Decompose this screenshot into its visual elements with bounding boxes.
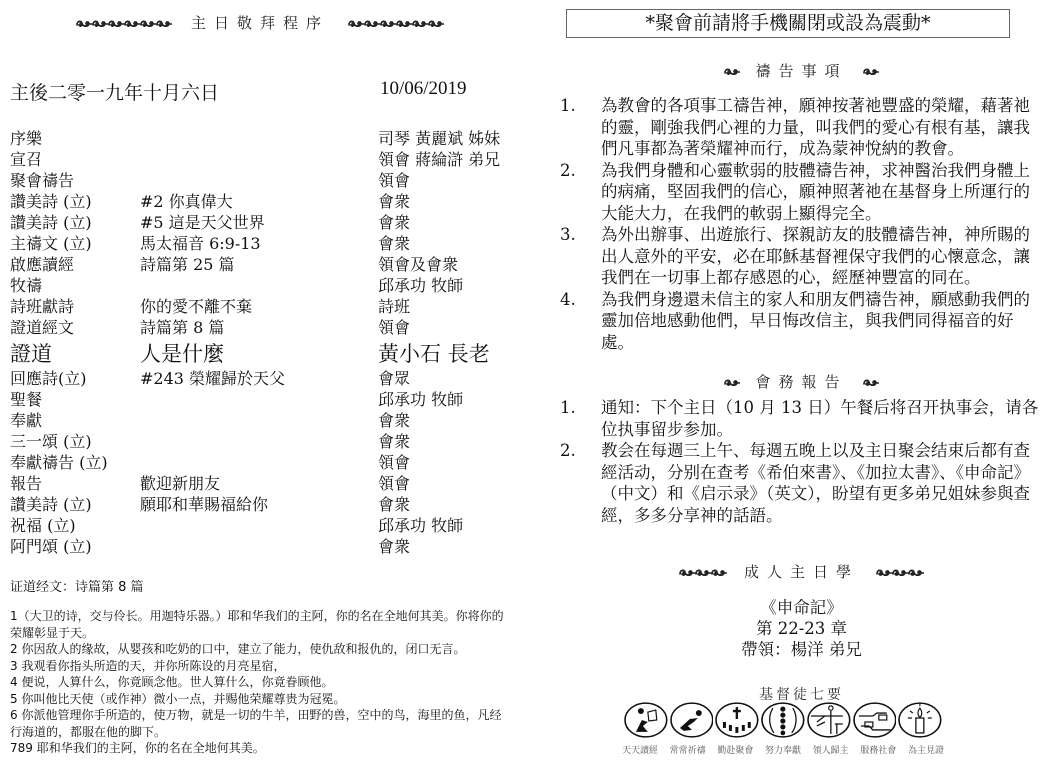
program-content: 詩篇第 25 篇 — [140, 254, 235, 275]
essential-label: 為主見證 — [908, 743, 944, 756]
verse: 3 我观看你指头所造的天，并你所陈设的月亮星宿， — [10, 658, 510, 675]
seven-essentials-title: 基督徒七要 — [560, 684, 1043, 704]
program-row: 回應詩(立)#243 榮耀歸於天父會眾 — [10, 368, 520, 389]
program-item: 啟應讀經 — [10, 254, 74, 275]
program-item: 回應詩(立) — [10, 368, 87, 389]
reading-bible-icon — [624, 702, 668, 738]
program-item: 讚美詩 (立) — [10, 191, 92, 212]
item-text: 通知：下个主日（10 月 13 日）午餐后将召开执事会，请各位执事留步参加。 — [601, 398, 1038, 439]
verse: 4 便说，人算什么，你竟顾念他。世人算什么，你竟眷顾他。 — [10, 674, 510, 691]
program-row: 聚會禱告領會 — [10, 170, 520, 191]
essential-label: 努力奉獻 — [765, 743, 801, 756]
essential-label: 常常祈禱 — [670, 743, 706, 756]
program-item: 序樂 — [10, 128, 42, 149]
serving-society-icon — [853, 702, 897, 738]
sermon-scripture-title: 证道经文：诗篇第 8 篇 — [10, 576, 144, 595]
worship-program-header: 主日敬拜程序 — [0, 12, 520, 33]
program-row: 詩班獻詩你的愛不離不棄詩班 — [10, 296, 520, 317]
program-item: 奉獻禱告 (立) — [10, 452, 108, 473]
ornament-icon — [863, 66, 879, 78]
program-row: 祝福 (立)邱承功 牧師 — [10, 515, 520, 536]
program-leader: 領會 蔣綸滸 弟兄 — [378, 149, 500, 170]
program-leader: 詩班 — [378, 296, 410, 317]
program-item: 聖餐 — [10, 389, 42, 410]
candle-witness-icon — [898, 702, 942, 738]
prayer-list: 1.為教會的各項事工禱告神，願神按著祂豐盛的榮耀，藉著祂的靈，剛強我們心裡的力量… — [560, 95, 1040, 353]
program-item: 讚美詩 (立) — [10, 212, 92, 233]
section-title: 禱告事項 — [755, 62, 847, 80]
program-content: 你的愛不離不棄 — [140, 296, 252, 317]
program-item: 奉獻 — [10, 410, 42, 431]
ornament-icon — [863, 377, 879, 389]
program-content: 願耶和華賜福給你 — [140, 494, 268, 515]
section-title: 成人主日學 — [744, 563, 859, 581]
program-item: 報告 — [10, 473, 42, 494]
program-content: 馬太福音 6:9-13 — [140, 233, 261, 254]
seven-essentials-labels: 天天讀經 常常祈禱 勤赴聚會 努力奉獻 領人歸主 服務社會 為主見證 — [622, 743, 944, 756]
program-leader: 邱承功 牧師 — [378, 515, 463, 536]
essential-label: 服務社會 — [860, 743, 896, 756]
item-text: 為我們身體和心靈軟弱的肢體禱告神，求神醫治我們身體上的病痛，堅固我們的信心，願神… — [601, 161, 1030, 223]
verse: 789 耶和华我们的主阿，你的名在全地何其美。 — [10, 740, 510, 757]
essential-label: 勤赴聚會 — [717, 743, 753, 756]
program-content: #2 你真偉大 — [140, 191, 233, 212]
program-item: 主禱文 (立) — [10, 233, 92, 254]
prayer-item: 4.為我們身邊還未信主的家人和朋友們禱告神，願感動我們的靈加倍地感動他們，早日悔… — [560, 289, 1040, 354]
phone-notice-box: *聚會前請將手機關閉或設為震動* — [566, 9, 1010, 38]
ornament-icon — [76, 18, 172, 30]
program-row-sermon: 證道人是什麼黃小石 長老 — [10, 341, 520, 367]
announcement-item: 2.教会在每週三上午、每週五晚上以及主日聚会结束后都有查經活动，分别在查考《希伯… — [560, 440, 1040, 526]
program-leader: 會衆 — [378, 233, 410, 254]
program-content: 歡迎新朋友 — [140, 473, 220, 494]
study-chapters: 第 22-23 章 — [560, 618, 1043, 639]
program-leader: 領會 — [378, 473, 410, 494]
verse: 2 你因敌人的缘故，从婴孩和吃奶的口中，建立了能力，使仇敌和报仇的，闭口无言。 — [10, 641, 510, 658]
program-leader: 司琴 黃麗斌 姊妹 — [378, 128, 500, 149]
program-row: 三一頌 (立)會衆 — [10, 431, 520, 452]
program-row: 主禱文 (立)馬太福音 6:9-13會衆 — [10, 233, 520, 254]
program-row: 奉獻會衆 — [10, 410, 520, 431]
ornament-icon — [348, 18, 444, 30]
program-item: 證道經文 — [10, 317, 74, 338]
item-number: 3. — [560, 224, 576, 246]
verse: 1（大卫的诗，交与伶长。用迦特乐器。）耶和华我们的主阿，你的名在全地何其美。你将… — [10, 608, 510, 641]
prayer-item: 1.為教會的各項事工禱告神，願神按著祂豐盛的榮耀，藉著祂的靈，剛強我們心裡的力量… — [560, 95, 1040, 160]
program-item: 證道 — [10, 341, 52, 367]
prayer-item: 3.為外出辦事、出遊旅行、探親訪友的肢體禱告神，神所賜的出人意外的平安，必在耶穌… — [560, 224, 1040, 289]
program-item: 牧禱 — [10, 275, 42, 296]
essential-label: 領人歸主 — [813, 743, 849, 756]
church-affairs-header: 會務報告 — [560, 371, 1043, 392]
item-number: 2. — [560, 160, 576, 182]
program-leader: 領會 — [378, 317, 410, 338]
program-row: 啟應讀經詩篇第 25 篇領會及會衆 — [10, 254, 520, 275]
date-chinese: 主後二零一九年十月六日 — [10, 78, 219, 105]
item-text: 為外出辦事、出遊旅行、探親訪友的肢體禱告神，神所賜的出人意外的平安，必在耶穌基督… — [601, 225, 1030, 287]
scripture-text: 1（大卫的诗，交与伶长。用迦特乐器。）耶和华我们的主阿，你的名在全地何其美。你将… — [10, 608, 510, 757]
program-leader: 會衆 — [378, 212, 410, 233]
program-row: 阿門頌 (立)會衆 — [10, 536, 520, 557]
program-leader: 會衆 — [378, 191, 410, 212]
prayer-item: 2.為我們身體和心靈軟弱的肢體禱告神，求神醫治我們身體上的病痛，堅固我們的信心，… — [560, 160, 1040, 225]
program-leader: 領會及會衆 — [378, 254, 458, 275]
essential-label: 天天讀經 — [622, 743, 658, 756]
item-text: 為我們身邊還未信主的家人和朋友們禱告神，願感動我們的靈加倍地感動他們，早日悔改信… — [601, 290, 1030, 352]
program-item: 宣召 — [10, 149, 42, 170]
program-leader: 會衆 — [378, 536, 410, 557]
program-row: 報告歡迎新朋友領會 — [10, 473, 520, 494]
item-number: 1. — [560, 397, 576, 419]
program-content: #5 這是天父世界 — [140, 212, 265, 233]
adult-sunday-school-header: 成人主日學 — [560, 561, 1043, 582]
program-row: 奉獻禱告 (立)領會 — [10, 452, 520, 473]
ornament-icon — [724, 377, 740, 389]
ornament-icon — [679, 567, 727, 579]
program-item: 聚會禱告 — [10, 170, 74, 191]
program-row: 牧禱邱承功 牧師 — [10, 275, 520, 296]
kneeling-prayer-icon — [670, 702, 714, 738]
preacher: 黃小石 長老 — [378, 341, 490, 367]
program-row: 讚美詩 (立)#5 這是天父世界會衆 — [10, 212, 520, 233]
program-row: 證道經文詩篇第 8 篇領會 — [10, 317, 520, 338]
announcement-list: 1.通知：下个主日（10 月 13 日）午餐后将召开执事会，请各位执事留步参加。… — [560, 397, 1040, 526]
item-number: 2. — [560, 440, 576, 462]
prayer-requests-header: 禱告事項 — [560, 60, 1043, 81]
program-content: 詩篇第 8 篇 — [140, 317, 224, 338]
seven-essentials-icons — [624, 702, 942, 742]
program-row: 聖餐邱承功 牧師 — [10, 389, 520, 410]
program-item: 祝福 (立) — [10, 515, 76, 536]
item-number: 1. — [560, 95, 576, 117]
program-leader: 會衆 — [378, 410, 410, 431]
item-number: 4. — [560, 289, 576, 311]
program-row: 讚美詩 (立)願耶和華賜福給你會衆 — [10, 494, 520, 515]
program-leader: 邱承功 牧師 — [378, 389, 463, 410]
adult-school-info: 《申命記》 第 22-23 章 帶領：楊洋 弟兄 — [560, 597, 1043, 660]
ornament-icon — [876, 567, 924, 579]
verse: 6 你派他管理你手所造的，使万物，就是一切的牛羊，田野的兽，空中的鸟，海里的鱼，… — [10, 707, 510, 740]
program-item: 阿門頌 (立) — [10, 536, 92, 557]
item-text: 教会在每週三上午、每週五晚上以及主日聚会结束后都有查經活动，分别在查考《希伯來書… — [601, 441, 1030, 525]
announcement-item: 1.通知：下个主日（10 月 13 日）午餐后将召开执事会，请各位执事留步参加。 — [560, 397, 1040, 440]
leading-to-lord-icon — [807, 702, 851, 738]
program-item: 詩班獻詩 — [10, 296, 74, 317]
date-numeric: 10/06/2019 — [380, 78, 467, 100]
program-content: #243 榮耀歸於天父 — [140, 368, 285, 389]
section-title: 主日敬拜程序 — [191, 14, 329, 32]
program-item: 讚美詩 (立) — [10, 494, 92, 515]
offering-icon — [761, 702, 805, 738]
program-item: 三一頌 (立) — [10, 431, 92, 452]
program-leader: 邱承功 牧師 — [378, 275, 463, 296]
program-row: 宣召領會 蔣綸滸 弟兄 — [10, 149, 520, 170]
program-leader: 會衆 — [378, 431, 410, 452]
program-leader: 會眾 — [378, 368, 410, 389]
program-row: 讚美詩 (立)#2 你真偉大會衆 — [10, 191, 520, 212]
sermon-title: 人是什麼 — [140, 341, 224, 367]
program-leader: 領會 — [378, 452, 410, 473]
church-gathering-icon — [715, 702, 759, 738]
section-title: 會務報告 — [755, 373, 847, 391]
program-leader: 領會 — [378, 170, 410, 191]
program-row: 序樂司琴 黃麗斌 姊妹 — [10, 128, 520, 149]
study-book: 《申命記》 — [560, 597, 1043, 618]
program-leader: 會衆 — [378, 494, 410, 515]
verse: 5 你叫他比天使（或作神）微小一点，并赐他荣耀尊贵为冠冕。 — [10, 691, 510, 708]
ornament-icon — [724, 66, 740, 78]
item-text: 為教會的各項事工禱告神，願神按著祂豐盛的榮耀，藉著祂的靈，剛強我們心裡的力量，叫… — [601, 96, 1030, 158]
study-leader: 帶領：楊洋 弟兄 — [560, 639, 1043, 660]
